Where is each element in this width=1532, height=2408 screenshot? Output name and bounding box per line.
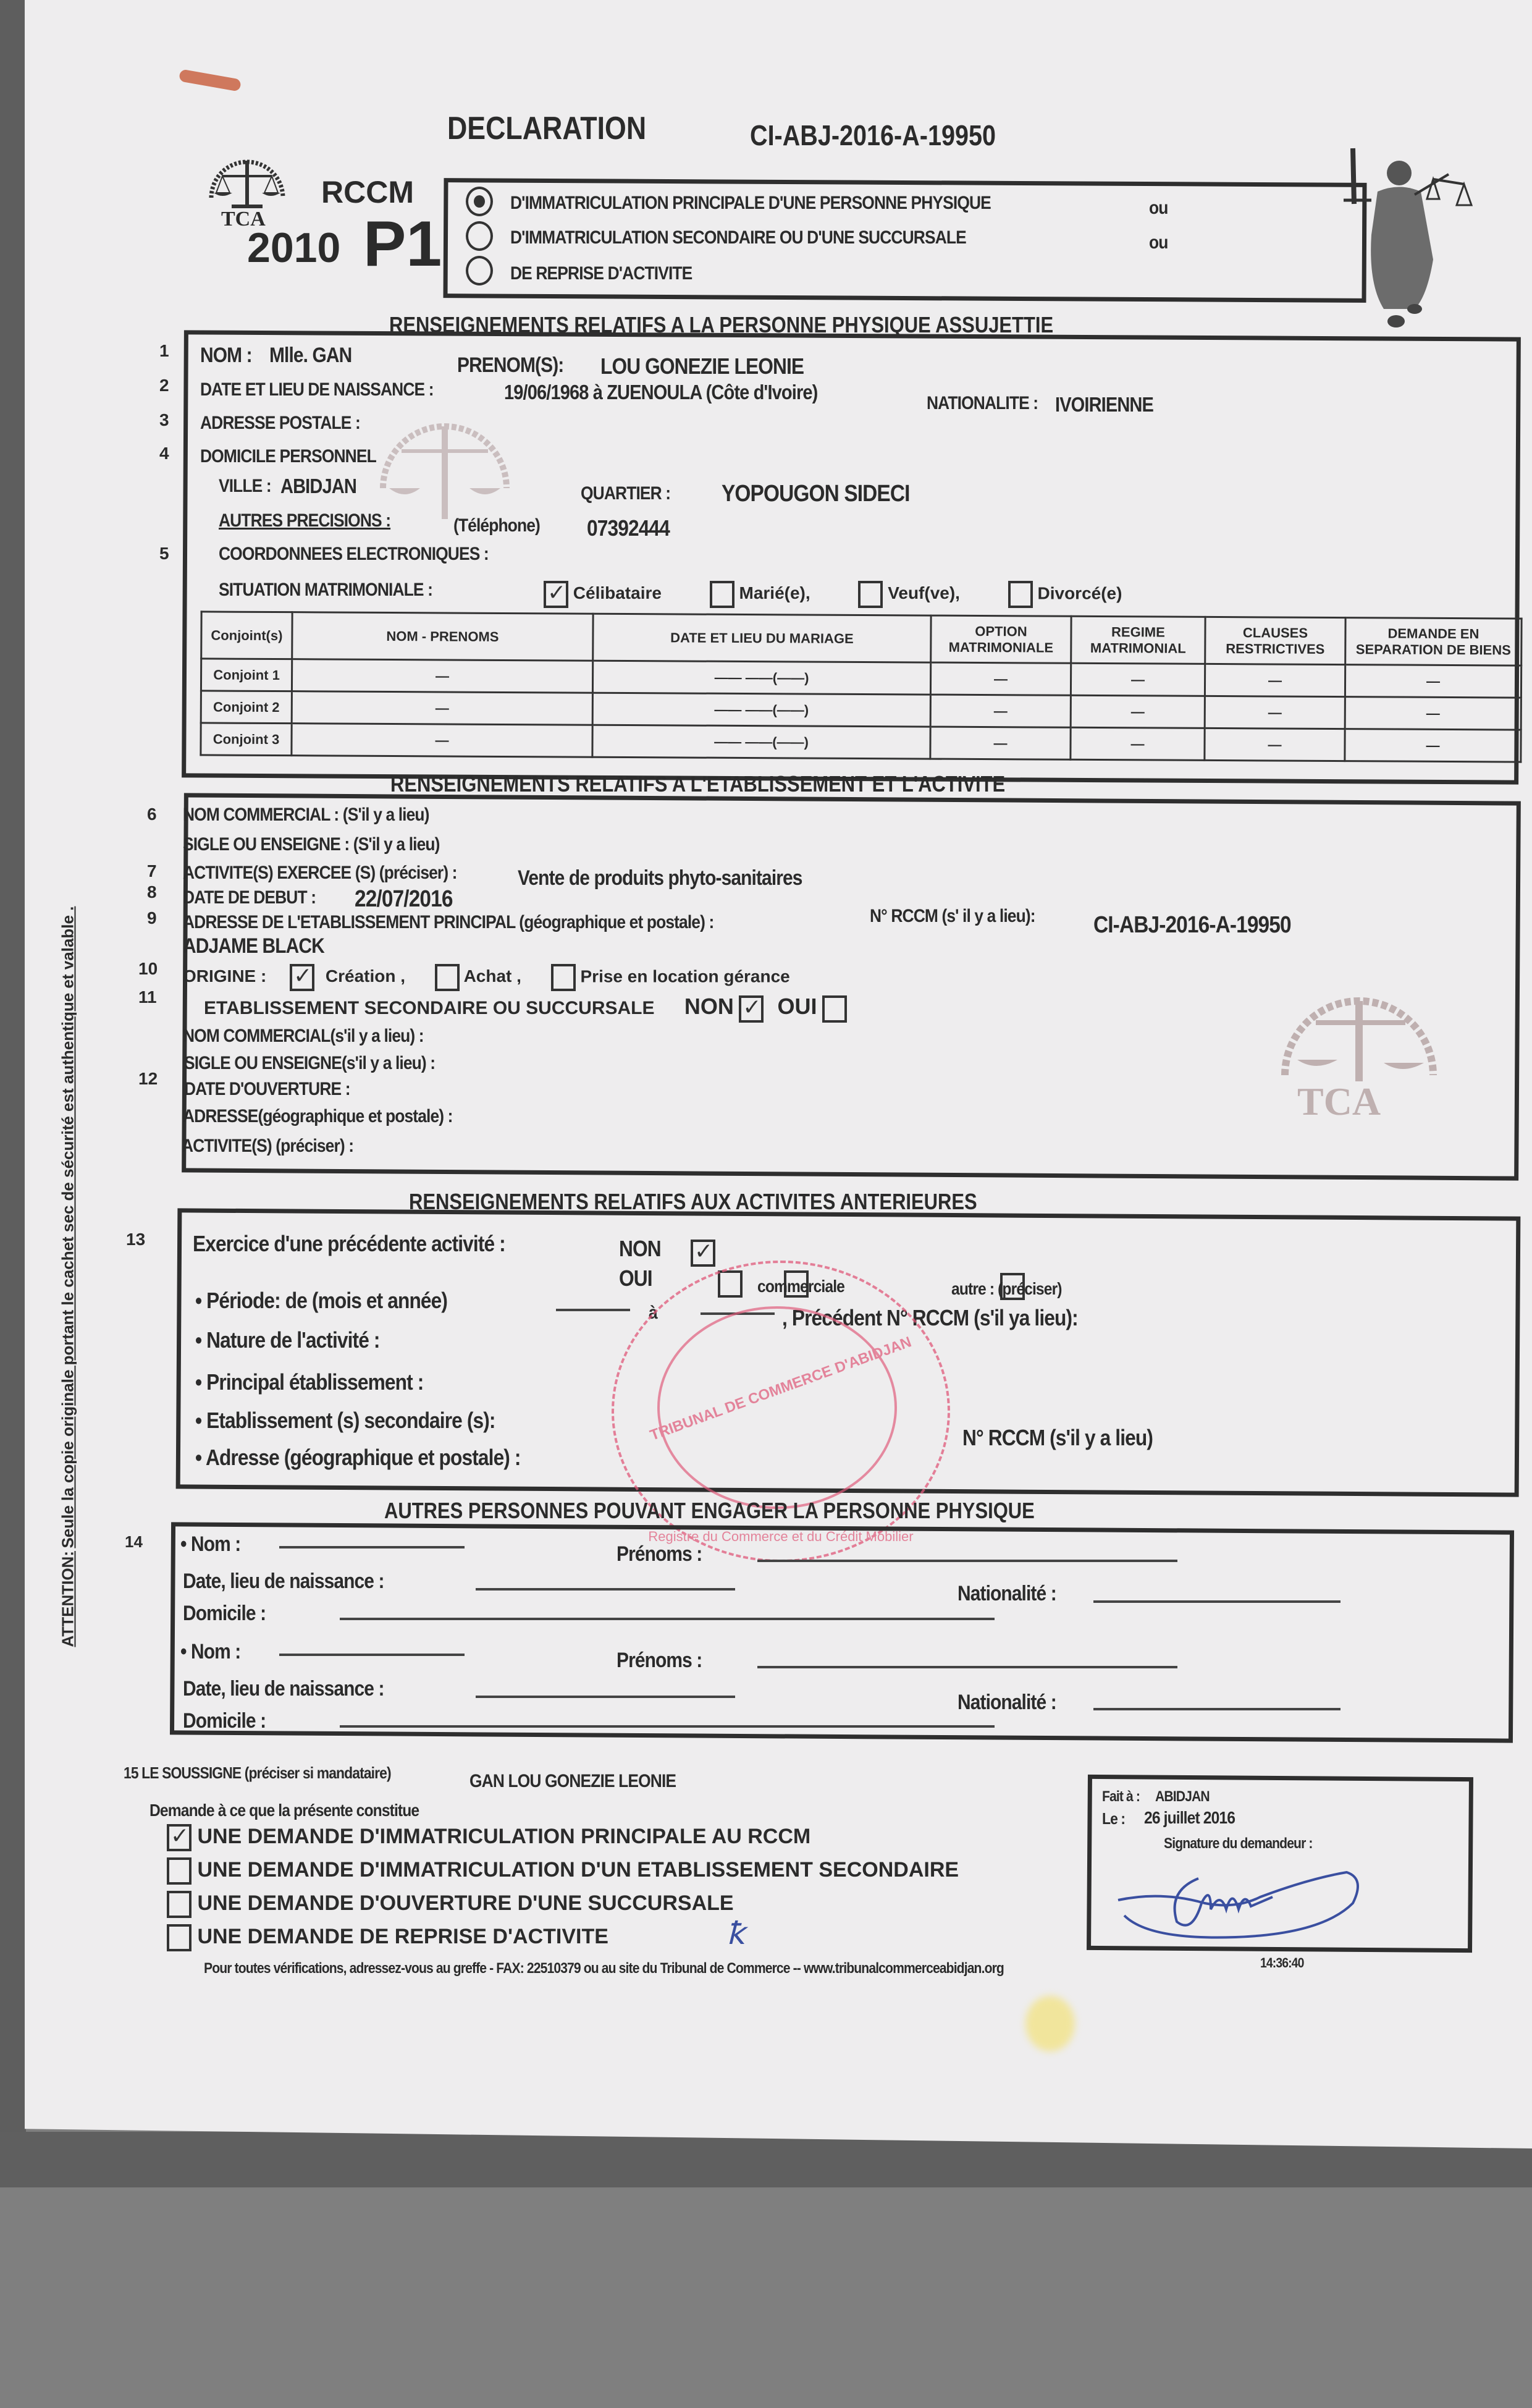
attention-label: ATTENTION: — [59, 1551, 77, 1647]
soussigne-label: 15 LE SOUSSIGNE (préciser si mandataire) — [124, 1764, 391, 1783]
person1-naissance-line[interactable] — [476, 1588, 735, 1591]
demande-secondaire-label: UNE DEMANDE D'IMMATRICULATION D'UN ETABL… — [197, 1858, 959, 1882]
ville-label: VILLE : — [219, 476, 271, 497]
secondaire-non-label: NON — [684, 994, 734, 1019]
row-number-9: 9 — [147, 908, 157, 928]
adresse-postale-label: ADRESSE POSTALE : — [200, 413, 360, 434]
radio-immatriculation-principale[interactable] — [466, 187, 493, 216]
checkbox-exercice-non[interactable] — [691, 1240, 715, 1267]
conjoint-regime: — — [1071, 727, 1205, 760]
prenoms-label: PRENOM(S): — [457, 353, 563, 378]
col-clauses: CLAUSES RESTRICTIVES — [1205, 617, 1345, 664]
nationalite-label: NATIONALITE : — [927, 393, 1038, 414]
person1-domicile-label: Domicile : — [183, 1602, 266, 1626]
person2-nom-line[interactable] — [279, 1654, 465, 1656]
rccm-number-label: N° RCCM (s' il y a lieu): — [870, 906, 1035, 927]
conjoint-separation: — — [1345, 697, 1521, 730]
etab-secondaire-label: • Etablissement (s) secondaire (s): — [195, 1408, 495, 1434]
tca-logo: TCA — [204, 148, 290, 229]
periode-label: • Période: de (mois et année) — [195, 1288, 447, 1314]
exercice-non-label: NON — [619, 1236, 661, 1262]
row-number-13: 13 — [126, 1230, 145, 1249]
checkbox-divorce[interactable] — [1008, 581, 1033, 608]
form-title: DECLARATION — [447, 110, 646, 147]
scan-left-edge — [0, 0, 26, 2138]
col-regime: REGIME MATRIMONIAL — [1071, 616, 1205, 664]
demande-option-2: UNE DEMANDE D'IMMATRICULATION D'UN ETABL… — [167, 1857, 959, 1891]
person2-nom-label: • Nom : — [180, 1640, 240, 1664]
checkbox-celibataire[interactable] — [544, 581, 568, 608]
row-number-11: 11 — [138, 987, 157, 1007]
demande-options: UNE DEMANDE D'IMMATRICULATION PRINCIPALE… — [167, 1824, 959, 1951]
person1-nom-line[interactable] — [279, 1546, 465, 1548]
nom-label: NOM : — [200, 344, 252, 368]
activite-value: Vente de produits phyto-sanitaires — [518, 866, 802, 890]
checkbox-veuf[interactable] — [858, 581, 883, 608]
demande-label: Demande à ce que la présente constitue — [149, 1801, 419, 1820]
person2-nationalite-line[interactable] — [1093, 1708, 1340, 1710]
row-number-7: 7 — [147, 861, 157, 881]
conjoint-clauses: — — [1205, 728, 1345, 761]
conjoint-clauses: — — [1205, 664, 1345, 696]
nature-label: • Nature de l'activité : — [195, 1327, 380, 1353]
rccm-number-value: CI-ABJ-2016-A-19950 — [1093, 912, 1291, 939]
domicile-label: DOMICILE PERSONNEL — [200, 446, 376, 467]
quartier-label: QUARTIER : — [581, 483, 670, 504]
signature — [1112, 1854, 1371, 1943]
secondaire-label: ETABLISSEMENT SECONDAIRE OU SUCCURSALE — [204, 998, 655, 1018]
soussigne-value: GAN LOU GONEZIE LEONIE — [469, 1771, 676, 1792]
col-date-mariage: DATE ET LIEU DU MARIAGE — [593, 614, 931, 662]
person1-domicile-line[interactable] — [340, 1618, 995, 1620]
conjoint-table-header: Conjoint(s) NOM - PRENOMS DATE ET LIEU D… — [201, 612, 1521, 665]
row-number-4: 4 — [159, 444, 169, 463]
declaration-number: CI-ABJ-2016-A-19950 — [750, 119, 996, 152]
checkbox-demande-reprise[interactable] — [167, 1924, 192, 1951]
origine-row: ORIGINE : Création , Achat , Prise en lo… — [183, 964, 790, 991]
initials-mark: ꝁ — [726, 1916, 744, 1951]
row-number-3: 3 — [159, 410, 169, 430]
form-code: P1 — [363, 208, 442, 281]
person2-domicile-label: Domicile : — [183, 1709, 266, 1733]
conjoint-nom: — — [292, 724, 592, 758]
conjoint-option: — — [930, 695, 1071, 727]
conjoint-date: —— ——(——) — [592, 661, 930, 695]
conjoint-label: Conjoint 3 — [201, 723, 292, 756]
prenoms-value: LOU GONEZIE LEONIE — [600, 353, 804, 379]
origine-achat: Achat , — [464, 966, 521, 986]
lady-justice-illustration — [1340, 136, 1483, 334]
date-debut-label: DATE DE DEBUT : — [183, 887, 316, 908]
demande-succursale-label: UNE DEMANDE D'OUVERTURE D'UNE SUCCURSALE — [197, 1891, 733, 1915]
conjoint-clauses: — — [1205, 696, 1345, 729]
row-number-14: 14 — [125, 1532, 143, 1552]
conjoint-nom: — — [292, 691, 592, 725]
date-debut-value: 22/07/2016 — [355, 886, 453, 913]
conjoint-separation: — — [1345, 729, 1521, 762]
row-number-1: 1 — [159, 341, 169, 361]
naissance-value: 19/06/1968 à ZUENOULA (Côte d'Ivoire) — [504, 381, 817, 404]
conjoint-table: Conjoint(s) NOM - PRENOMS DATE ET LIEU D… — [200, 610, 1522, 763]
checkbox-demande-succursale[interactable] — [167, 1891, 192, 1918]
person1-naissance-label: Date, lieu de naissance : — [183, 1569, 384, 1594]
person1-nationalite-label: Nationalité : — [958, 1582, 1056, 1606]
checkbox-marie[interactable] — [710, 581, 734, 608]
exercice-label: Exercice d'une précédente activité : — [193, 1231, 505, 1257]
radio-reprise-activite[interactable] — [466, 256, 493, 285]
footer-verification: Pour toutes vérifications, adressez-vous… — [204, 1960, 1004, 1977]
person2-domicile-line[interactable] — [340, 1725, 995, 1728]
person1-nationalite-line[interactable] — [1093, 1600, 1340, 1603]
col-separation: DEMANDE EN SEPARATION DE BIENS — [1345, 618, 1521, 665]
tca-stamp-text: TCA — [1297, 1079, 1381, 1125]
decl-type-label-3: DE REPRISE D'ACTIVITE — [510, 263, 692, 284]
ville-value: ABIDJAN — [280, 475, 356, 498]
conjoint-regime: — — [1071, 695, 1205, 728]
situation-options: Célibataire Marié(e), Veuf(ve), Divorcé(… — [544, 581, 1122, 608]
secondaire-row: ETABLISSEMENT SECONDAIRE OU SUCCURSALE N… — [204, 994, 847, 1023]
exercice-oui-label: OUI — [619, 1265, 652, 1291]
conjoint-option: — — [930, 662, 1071, 695]
origine-creation: Création , — [326, 966, 405, 986]
checkbox-demande-secondaire[interactable] — [167, 1857, 192, 1885]
signature-label: Signature du demandeur : — [1164, 1835, 1313, 1852]
row-number-8: 8 — [147, 882, 157, 902]
person2-prenoms-label: Prénoms : — [617, 1649, 702, 1673]
row-number-12: 12 — [138, 1069, 158, 1089]
red-stain — [179, 69, 242, 91]
decl-type-or-2: ou — [1149, 232, 1168, 253]
tca-gray-stamp: TCA — [1266, 964, 1452, 1118]
section-autres-title: AUTRES PERSONNES POUVANT ENGAGER LA PERS… — [384, 1498, 1035, 1524]
sec-date-label: DATE D'OUVERTURE : — [184, 1079, 350, 1100]
fait-a-value: ABIDJAN — [1155, 1788, 1210, 1806]
radio-immatriculation-secondaire[interactable] — [466, 221, 493, 251]
sec-sigle-label: SIGLE OU ENSEIGNE(s'il y a lieu) : — [184, 1053, 435, 1074]
demande-option-4: UNE DEMANDE DE REPRISE D'ACTIVITE — [167, 1924, 959, 1951]
activite-label: ACTIVITE(S) EXERCEE (S) (préciser) : — [183, 863, 457, 884]
option-divorce: Divorcé(e) — [1038, 583, 1122, 602]
rccm-label: RCCM — [321, 174, 414, 210]
form-year: 2010 — [247, 224, 340, 272]
situation-label: SITUATION MATRIMONIALE : — [219, 580, 432, 601]
conjoint-option: — — [930, 727, 1071, 759]
autre-label: autre : (préciser) — [951, 1279, 1062, 1299]
checkbox-achat[interactable] — [435, 964, 460, 991]
adresse-principal-value: ADJAME BLACK — [183, 934, 324, 958]
option-celibataire: Célibataire — [573, 583, 662, 602]
section-etablissement-title: RENSEIGNEMENTS RELATIFS A L'ETABLISSEMEN… — [390, 771, 1005, 797]
demande-principale-label: UNE DEMANDE D'IMMATRICULATION PRINCIPALE… — [197, 1825, 810, 1848]
periode-from-line — [556, 1309, 630, 1311]
faint-tca-stamp — [371, 402, 519, 562]
demande-option-1: UNE DEMANDE D'IMMATRICULATION PRINCIPALE… — [167, 1824, 959, 1857]
nom-commercial-label: NOM COMMERCIAL : (S'il y a lieu) — [183, 805, 429, 826]
option-marie: Marié(e), — [739, 583, 810, 602]
form-page: DECLARATION CI-ABJ-2016-A-19950 TCA RCCM… — [25, 0, 1532, 2181]
conjoint-separation: — — [1345, 665, 1521, 698]
sigle-label: SIGLE OU ENSEIGNE : (S'il y a lieu) — [183, 834, 440, 855]
col-nom-prenoms: NOM - PRENOMS — [292, 612, 593, 661]
secondaire-rccm-label: N° RCCM (s'il y a lieu) — [962, 1425, 1153, 1451]
anterieur-adresse-label: • Adresse (géographique et postale) : — [195, 1445, 521, 1471]
person1-prenoms-label: Prénoms : — [617, 1542, 702, 1566]
red-stamp-inner-ring — [657, 1306, 897, 1509]
conjoint-nom: — — [292, 659, 592, 693]
checkbox-location-gerance[interactable] — [551, 964, 576, 991]
attention-text: Seule la copie originale portant le cach… — [59, 906, 77, 1548]
scales-of-justice-icon — [371, 402, 519, 562]
row-number-10: 10 — [138, 959, 158, 979]
option-veuf: Veuf(ve), — [888, 583, 960, 602]
quartier-value: YOPOUGON SIDECI — [722, 481, 910, 507]
col-option: OPTION MATRIMONIALE — [931, 615, 1071, 663]
principal-label: • Principal établissement : — [195, 1369, 423, 1395]
decl-type-label-1: D'IMMATRICULATION PRINCIPALE D'UNE PERSO… — [510, 193, 991, 214]
checkbox-secondaire-oui[interactable] — [822, 995, 847, 1023]
row-number-2: 2 — [159, 376, 169, 395]
col-conjoints: Conjoint(s) — [201, 612, 292, 659]
signature-scribble-icon — [1112, 1854, 1371, 1940]
conjoint-date: —— ——(——) — [592, 725, 930, 759]
naissance-label: DATE ET LIEU DE NAISSANCE : — [200, 379, 434, 400]
sec-activite-label: ACTIVITE(S) (préciser) : — [182, 1136, 353, 1157]
conjoint-regime: — — [1071, 663, 1205, 696]
person1-prenoms-line[interactable] — [757, 1560, 1177, 1562]
person2-nationalite-label: Nationalité : — [958, 1691, 1056, 1715]
person1-nom-label: • Nom : — [180, 1532, 240, 1557]
demande-reprise-label: UNE DEMANDE DE REPRISE D'ACTIVITE — [197, 1925, 608, 1948]
adresse-principal-label: ADRESSE DE L'ETABLISSEMENT PRINCIPAL (gé… — [183, 912, 713, 933]
checkbox-demande-principale[interactable] — [167, 1824, 192, 1851]
autres-precisions-label: AUTRES PRECISIONS : — [219, 510, 390, 531]
yellow-stain — [1025, 1996, 1075, 2051]
secondaire-oui-label: OUI — [778, 994, 817, 1019]
sec-nom-commercial-label: NOM COMMERCIAL(s'il y a lieu) : — [183, 1026, 424, 1047]
conjoint-date: —— ——(——) — [592, 693, 930, 727]
sec-adresse-label: ADRESSE(géographique et postale) : — [183, 1106, 453, 1127]
person2-naissance-line[interactable] — [476, 1696, 735, 1698]
decl-type-label-2: D'IMMATRICULATION SECONDAIRE OU D'UNE SU… — [510, 227, 966, 248]
conjoint-label: Conjoint 1 — [201, 659, 292, 691]
checkbox-creation[interactable] — [290, 964, 314, 991]
demande-option-3: UNE DEMANDE D'OUVERTURE D'UNE SUCCURSALE — [167, 1891, 959, 1924]
row-number-5: 5 — [159, 544, 169, 564]
origine-location: Prise en location gérance — [581, 966, 790, 986]
row-number-6: 6 — [147, 805, 157, 824]
nom-value: Mlle. GAN — [269, 344, 351, 368]
telephone-value: 07392444 — [587, 515, 670, 541]
timestamp: 14:36:40 — [1260, 1955, 1303, 1971]
checkbox-secondaire-non[interactable] — [739, 995, 764, 1023]
conjoint-label: Conjoint 2 — [201, 691, 292, 724]
decl-type-or-1: ou — [1149, 198, 1168, 219]
nationalite-value: IVOIRIENNE — [1055, 393, 1153, 416]
fait-a-label: Fait à : — [1102, 1788, 1140, 1806]
person2-prenoms-line[interactable] — [757, 1666, 1177, 1668]
side-attention-note: ATTENTION: Seule la copie originale port… — [59, 720, 78, 1647]
table-row: Conjoint 3 — —— ——(——) — — — — — [201, 723, 1521, 762]
le-label: Le : — [1102, 1809, 1125, 1828]
origine-label: ORIGINE : — [183, 966, 266, 986]
person2-naissance-label: Date, lieu de naissance : — [183, 1677, 384, 1701]
lady-justice-icon — [1340, 136, 1483, 334]
le-value: 26 juillet 2016 — [1144, 1808, 1235, 1828]
